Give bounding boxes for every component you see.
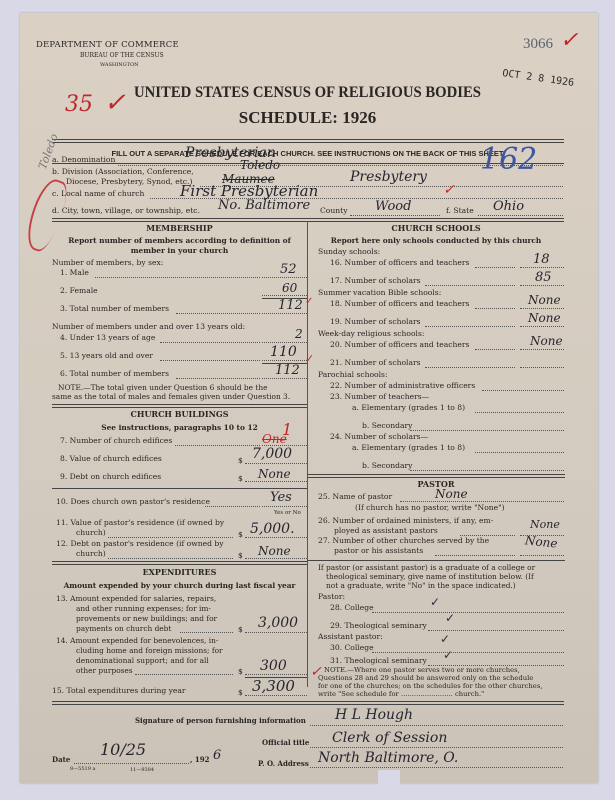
residence-value-field bbox=[245, 537, 307, 538]
date-label: Date bbox=[52, 755, 70, 764]
divider bbox=[52, 488, 307, 489]
teachers-elementary-field[interactable] bbox=[475, 412, 564, 413]
leader-dots bbox=[475, 308, 515, 309]
benevolences-label-cont: cluding home and foreign missions; for bbox=[76, 646, 223, 655]
pastor-name-label: 25. Name of pastor bbox=[318, 492, 392, 501]
assistant-seminary-label: 31. Theological seminary bbox=[330, 656, 427, 665]
sunday-scholars-value[interactable]: 85 bbox=[535, 270, 552, 285]
church-name-label: c. Local name of church bbox=[52, 189, 144, 198]
salaries-label: 13. Amount expended for salaries, repair… bbox=[56, 594, 216, 603]
edifices-value-value[interactable]: 7,000 bbox=[252, 446, 292, 462]
admin-officers-label: 22. Number of administrative officers bbox=[330, 381, 475, 390]
salaries-value[interactable]: 3,000 bbox=[258, 615, 298, 631]
pastor-name-field bbox=[400, 501, 564, 502]
dollar-sign: $ bbox=[238, 625, 243, 634]
division-value[interactable]: Presbytery bbox=[350, 169, 427, 185]
division-label-cont: Diocese, Presbytery, Synod, etc.) bbox=[66, 177, 192, 186]
dollar-sign: $ bbox=[238, 456, 243, 465]
signature-label: Signature of person furnishing informati… bbox=[135, 716, 306, 725]
divider bbox=[52, 218, 564, 222]
print-code: 11—9384 bbox=[130, 767, 154, 773]
official-title-label: Official title bbox=[262, 738, 309, 747]
residence-debt-label-cont: church) bbox=[76, 549, 106, 558]
weekday-officers-value[interactable]: None bbox=[530, 334, 563, 348]
red-check-icon: ✓ bbox=[443, 182, 455, 198]
sunday-schools-heading: Sunday schools: bbox=[318, 247, 380, 256]
residence-value-value[interactable]: 5,000. bbox=[250, 521, 295, 537]
yes-no-hint: Yes or No bbox=[274, 510, 301, 516]
sunday-officers-field bbox=[520, 267, 564, 268]
state-field-line bbox=[478, 215, 563, 216]
assistant-college-label: 30. College bbox=[330, 643, 374, 652]
assistant-ministers-value[interactable]: None bbox=[530, 518, 560, 531]
pastor-seminary-label: 29. Theological seminary bbox=[330, 621, 427, 630]
division-insert: Toledo bbox=[240, 158, 280, 172]
date-value[interactable]: 10/25 bbox=[100, 740, 146, 759]
assistant-college-field[interactable] bbox=[372, 652, 564, 653]
leader-dots bbox=[176, 378, 260, 379]
sunday-scholars-field bbox=[520, 285, 564, 286]
teachers-secondary-field[interactable] bbox=[410, 430, 564, 431]
county-field-line bbox=[350, 215, 440, 216]
leader-dots bbox=[425, 326, 515, 327]
pastor-note-cont: write "See schedule for ................… bbox=[318, 690, 484, 698]
red-tick-icon: ✓ bbox=[305, 352, 314, 365]
scholars-secondary-label: b. Secondary bbox=[362, 461, 412, 470]
edifices-debt-label: 9. Debt on church edifices bbox=[60, 472, 161, 481]
total-members-field bbox=[262, 313, 307, 314]
summer-schools-heading: Summer vacation Bible schools: bbox=[318, 288, 441, 297]
summer-scholars-value[interactable]: None bbox=[528, 311, 561, 325]
assistant-ministers-label: 26. Number of ordained ministers, if any… bbox=[318, 516, 493, 525]
membership-note: NOTE.—The total given under Question 6 s… bbox=[58, 383, 267, 392]
graduate-instruction: If pastor (or assistant pastor) is a gra… bbox=[318, 563, 535, 572]
over-13-field bbox=[262, 360, 307, 361]
total-members-label: 3. Total number of members bbox=[60, 304, 169, 313]
other-churches-label-cont: pastor or his assistants bbox=[334, 546, 423, 555]
leader-dots bbox=[425, 285, 515, 286]
city-label: d. City, town, village, or township, etc… bbox=[52, 206, 200, 215]
sunday-officers-value[interactable]: 18 bbox=[533, 252, 550, 267]
divider bbox=[307, 560, 565, 561]
leader-dots bbox=[435, 555, 515, 556]
dollar-sign: $ bbox=[238, 551, 243, 560]
salaries-label-cont: provements or new buildings; and for bbox=[76, 614, 217, 623]
sunday-scholars-label: 17. Number of scholars bbox=[330, 276, 421, 285]
leader-dots bbox=[160, 360, 260, 361]
membership-note-cont: same as the total of males and females g… bbox=[52, 392, 290, 401]
pastor-name-hint: (If church has no pastor, write "None") bbox=[355, 503, 505, 512]
summer-officers-value[interactable]: None bbox=[528, 293, 561, 307]
age-heading: Number of members under and over 13 year… bbox=[52, 322, 245, 331]
residence-debt-value[interactable]: None bbox=[258, 544, 291, 558]
residence-owned-field bbox=[262, 506, 307, 507]
benevolences-label: 14. Amount expended for benevolences, in… bbox=[56, 636, 218, 645]
scholars-elementary-field[interactable] bbox=[475, 452, 564, 453]
edifices-value-field bbox=[245, 463, 307, 464]
benevolences-label-cont: other purposes bbox=[76, 666, 133, 675]
residence-value-label-cont: church) bbox=[76, 528, 106, 537]
edifices-debt-field bbox=[245, 481, 307, 482]
year-prefix: , 192 bbox=[190, 755, 210, 764]
city-value[interactable]: No. Baltimore bbox=[218, 198, 310, 213]
residence-debt-field bbox=[245, 558, 307, 559]
residence-debt-label: 12. Debt on pastor's residence (if owned… bbox=[56, 539, 224, 548]
form-code: 8—5519 a bbox=[70, 766, 95, 772]
leader-dots bbox=[475, 349, 515, 350]
leader-dots bbox=[205, 506, 260, 507]
weekday-scholars-label: 21. Number of scholars bbox=[330, 358, 421, 367]
total-expenditures-label: 15. Total expenditures during year bbox=[52, 686, 186, 695]
total-members-2-field bbox=[262, 378, 307, 379]
county-label: County bbox=[320, 206, 348, 215]
leader-dots bbox=[180, 632, 233, 633]
under-13-field bbox=[262, 342, 307, 343]
other-churches-field bbox=[520, 555, 564, 556]
total-expenditures-value[interactable]: 3,300 bbox=[252, 677, 295, 695]
male-value[interactable]: 52 bbox=[280, 262, 297, 277]
pastor-note: NOTE.—Where one pastor serves two or mor… bbox=[324, 666, 520, 674]
benevolences-field bbox=[245, 674, 307, 675]
leader-dots bbox=[108, 558, 233, 559]
pastor-college-field[interactable] bbox=[372, 612, 564, 613]
edifices-count-label: 7. Number of church edifices bbox=[60, 436, 172, 445]
document-number: 3066 bbox=[523, 36, 553, 53]
pastor-note-cont: Questions 28 and 29 should be answered o… bbox=[318, 674, 533, 682]
city-name: WASHINGTON bbox=[100, 62, 138, 68]
salaries-field bbox=[245, 632, 307, 633]
leader-dots bbox=[160, 342, 260, 343]
membership-subtitle-cont: member in your church bbox=[52, 246, 307, 255]
summer-scholars-field bbox=[520, 326, 564, 327]
male-label: 1. Male bbox=[60, 268, 89, 277]
graduate-instruction-cont: not a graduate, write "No" in the space … bbox=[326, 581, 516, 590]
by-sex-heading: Number of members, by sex: bbox=[52, 258, 163, 267]
divider bbox=[307, 474, 565, 478]
check-mark-icon: ✓ bbox=[443, 648, 453, 662]
column-divider bbox=[307, 221, 308, 687]
parochial-schools-heading: Parochial schools: bbox=[318, 370, 388, 379]
residence-value-label: 11. Value of pastor's residence (if owne… bbox=[56, 518, 224, 527]
denomination-label: a. Denomination bbox=[52, 155, 115, 164]
graduate-instruction-cont: theological seminary, give name of insti… bbox=[326, 572, 534, 581]
po-address-field bbox=[310, 767, 563, 768]
divider bbox=[52, 561, 307, 565]
dollar-sign: $ bbox=[238, 474, 243, 483]
total-members-value[interactable]: 112 bbox=[278, 298, 303, 313]
summer-officers-label: 18. Number of officers and teachers bbox=[330, 299, 469, 308]
leader-dots bbox=[475, 267, 515, 268]
check-mark-icon: ✓ bbox=[430, 595, 440, 609]
check-mark-icon: ✓ bbox=[440, 632, 450, 646]
membership-heading: MEMBERSHIP bbox=[52, 223, 307, 233]
teachers-elementary-label: a. Elementary (grades 1 to 8) bbox=[352, 403, 465, 412]
other-churches-label: 27. Number of other churches served by t… bbox=[318, 536, 489, 545]
department-name: DEPARTMENT OF COMMERCE bbox=[36, 40, 179, 50]
edifices-value-label: 8. Value of church edifices bbox=[60, 454, 162, 463]
county-value[interactable]: Wood bbox=[375, 199, 411, 214]
divider bbox=[52, 404, 307, 408]
benevolences-label-cont: denominational support; and for all bbox=[76, 656, 209, 665]
pastor-college-label: 28. College bbox=[330, 603, 374, 612]
summer-officers-field bbox=[520, 308, 564, 309]
divider bbox=[52, 701, 564, 705]
schedule-title: SCHEDULE: 1926 bbox=[0, 108, 615, 128]
weekday-officers-field bbox=[520, 349, 564, 350]
sunday-officers-label: 16. Number of officers and teachers bbox=[330, 258, 469, 267]
female-field bbox=[262, 295, 307, 296]
residence-owned-label: 10. Does church own pastor's residence bbox=[56, 497, 210, 506]
official-title-value[interactable]: Clerk of Session bbox=[332, 730, 447, 746]
salaries-label-cont: payments on church debt bbox=[76, 624, 171, 633]
female-value[interactable]: 60 bbox=[282, 281, 297, 295]
red-check-icon: ✓ bbox=[560, 28, 578, 53]
benevolences-value[interactable]: 300 bbox=[260, 658, 287, 674]
schools-heading: CHURCH SCHOOLS bbox=[307, 223, 565, 233]
leader-dots bbox=[176, 313, 260, 314]
expenditures-heading: EXPENDITURES bbox=[52, 567, 307, 577]
leader-dots bbox=[95, 277, 260, 278]
red-tick-icon: ✓ bbox=[305, 296, 313, 307]
leader-dots bbox=[108, 537, 233, 538]
official-title-field bbox=[310, 747, 563, 748]
teachers-heading: 23. Number of teachers— bbox=[330, 392, 429, 401]
edifices-count-value[interactable]: 1 bbox=[282, 420, 292, 439]
scholars-elementary-label: a. Elementary (grades 1 to 8) bbox=[352, 443, 465, 452]
year-value[interactable]: 6 bbox=[213, 748, 221, 763]
total-members-2-label: 6. Total number of members bbox=[60, 369, 169, 378]
total-expenditures-field bbox=[245, 695, 307, 696]
membership-subtitle: Report number of members according to de… bbox=[52, 236, 307, 245]
po-address-label: P. O. Address bbox=[258, 759, 309, 768]
leader-dots bbox=[175, 445, 260, 446]
residence-owned-value[interactable]: Yes bbox=[270, 490, 292, 505]
pastor-seminary-field[interactable] bbox=[428, 630, 564, 631]
leader-dots bbox=[135, 674, 233, 675]
pastor-name-value[interactable]: None bbox=[435, 487, 468, 501]
torn-paper-edge bbox=[378, 770, 400, 786]
scholars-heading: 24. Number of scholars— bbox=[330, 432, 428, 441]
schools-subtitle: Report here only schools conducted by th… bbox=[307, 236, 565, 245]
dollar-sign: $ bbox=[238, 530, 243, 539]
po-address-value[interactable]: North Baltimore, O. bbox=[318, 750, 458, 766]
pastor-subheading: Pastor: bbox=[318, 592, 345, 601]
date-field bbox=[74, 763, 189, 764]
bureau-name: BUREAU OF THE CENSUS bbox=[80, 52, 164, 59]
weekday-officers-label: 20. Number of officers and teachers bbox=[330, 340, 469, 349]
state-label: f. State bbox=[446, 206, 474, 215]
buildings-heading: CHURCH BUILDINGS bbox=[52, 409, 307, 419]
admin-officers-field[interactable] bbox=[482, 390, 564, 391]
dollar-sign: $ bbox=[238, 688, 243, 697]
over-13-label: 5. 13 years old and over bbox=[60, 351, 153, 360]
form-title: UNITED STATES CENSUS OF RELIGIOUS BODIES bbox=[25, 84, 591, 102]
signature-field bbox=[310, 725, 563, 726]
salaries-label-cont: and other running expenses; for im- bbox=[76, 604, 211, 613]
summer-scholars-label: 19. Number of scholars bbox=[330, 317, 421, 326]
leader-dots bbox=[425, 367, 515, 368]
check-mark-icon: ✓ bbox=[445, 611, 455, 625]
dollar-sign: $ bbox=[238, 667, 243, 676]
expenditures-subtitle: Amount expended by your church during la… bbox=[52, 581, 307, 590]
weekday-schools-heading: Week-day religious schools: bbox=[318, 329, 424, 338]
teachers-secondary-label: b. Secondary bbox=[362, 421, 412, 430]
edifices-debt-value[interactable]: None bbox=[258, 467, 291, 481]
scholars-secondary-field[interactable] bbox=[410, 470, 564, 471]
over-13-value[interactable]: 110 bbox=[270, 344, 297, 360]
under-13-value[interactable]: 2 bbox=[295, 327, 303, 341]
blue-handwritten-code: 162 bbox=[480, 142, 537, 177]
under-13-label: 4. Under 13 years of age bbox=[60, 333, 155, 342]
signature-value[interactable]: H L Hough bbox=[335, 707, 413, 723]
buildings-subtitle: See instructions, paragraphs 10 to 12 bbox=[52, 423, 307, 432]
assistant-pastor-subheading: Assistant pastor: bbox=[318, 632, 383, 641]
weekday-scholars-field[interactable] bbox=[520, 367, 564, 368]
division-label: b. Division (Association, Conference, bbox=[52, 167, 194, 176]
assistant-ministers-label-cont: ployed as assistant pastors bbox=[334, 526, 438, 535]
pastor-note-cont: for one of the churches; on the schedule… bbox=[318, 682, 542, 690]
female-label: 2. Female bbox=[60, 286, 98, 295]
total-members-2-value[interactable]: 112 bbox=[275, 363, 300, 378]
state-value[interactable]: Ohio bbox=[493, 199, 524, 214]
male-field bbox=[262, 277, 307, 278]
